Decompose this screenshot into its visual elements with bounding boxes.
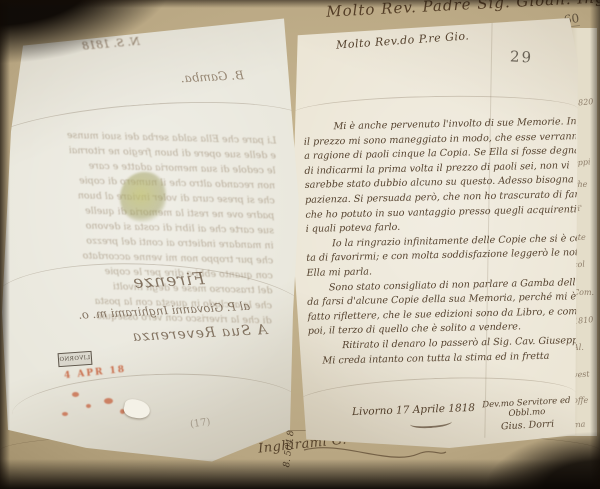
mount-top-inscription: Molto Rev. Padre Sig. Gioan. Inghirami [326, 0, 600, 21]
wax-seal-stain [120, 172, 166, 222]
paper-crease [484, 18, 522, 438]
photograph-of-letter: Molto Rev. Padre Sig. Gioan. Inghirami 6… [0, 0, 600, 489]
letter-salutation: Molto Rev.do P.re Gio. [336, 29, 470, 51]
postmark-box-livorno: LIVORNO [58, 351, 93, 367]
paper-crease [11, 369, 303, 450]
bleed-salutation: B. Gamba. [94, 68, 245, 90]
letter-body: Mi è anche pervenuto l'involto di sue Me… [303, 115, 580, 369]
right-page: Molto Rev.do P.re Gio. 29 Mi è anche per… [292, 18, 578, 448]
left-page: N. S. 1818 B. Gamba. Li pare che Ella sa… [2, 14, 302, 466]
bleed-corner-scribble: N. S. 1818 [20, 35, 141, 58]
postmark-text: LIVORNO [59, 355, 91, 363]
